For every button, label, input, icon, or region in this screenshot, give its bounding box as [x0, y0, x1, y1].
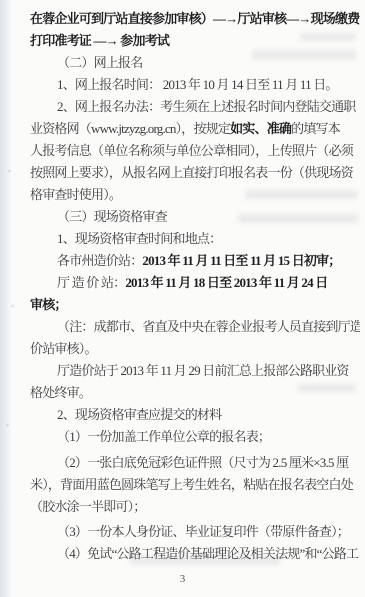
- document-line: 打印准考证 —→ 参加考试: [30, 30, 360, 52]
- text-segment: （三）现场资格审查: [57, 209, 167, 224]
- document-line: （三）现场资格审查: [30, 206, 360, 228]
- scan-speck: [8, 170, 11, 172]
- document-line: 价站审核）。: [30, 338, 360, 360]
- document-line: 厅造价站于 2013 年 11 月 29 日前汇总上报部公路职业资: [30, 360, 360, 382]
- text-segment: 格处终审。: [30, 385, 91, 400]
- document-line: 人报考信息（单位名称须与单位公章相同），上传照片（必须: [30, 140, 360, 162]
- scan-speck: [11, 305, 14, 307]
- bold-text-segment: 在蓉企业可到厅站直接参加审核）—→厅站审核—→现场缴费: [30, 11, 359, 26]
- document-line: （4）免试“公路工程造价基础理论及相关法规”和“公路工: [30, 543, 360, 565]
- text-segment: 米），背面用蓝色圆珠笔写上考生姓名，粘贴在报名表空白处: [30, 477, 353, 492]
- text-segment: 格审查时使用）。: [30, 187, 121, 202]
- text-segment: 各市州造价站：: [57, 253, 142, 268]
- scan-speck: [6, 424, 9, 426]
- document-line: 厅 造 价 站：2013 年 11 月 18 日至 2013 年 11 月 24…: [30, 272, 360, 294]
- document-body: 在蓉企业可到厅站直接参加审核）—→厅站审核—→现场缴费打印准考证 —→ 参加考试…: [30, 8, 360, 565]
- document-line: （3）一份本人身份证、毕业证复印件（带原件备查）；: [30, 521, 360, 543]
- document-line: 2、现场资格审查应提交的材料: [30, 404, 360, 426]
- document-line: 1、网上报名时间： 2013 年 10 月 14 日至 11 月 11 日。: [30, 74, 360, 96]
- text-segment: 业资格网（www.jtzyzg.org.cn），按规定: [30, 121, 230, 136]
- document-line: 1、现场资格审查时间和地点：: [30, 228, 360, 250]
- text-segment: 厅造价站于 2013 年 11 月 29 日前汇总上报部公路职业资: [57, 363, 349, 378]
- text-segment: （胶水涂一半即可）；: [30, 499, 146, 514]
- text-segment: 2、网上报名办法：考生须在上述报名时间内登陆交通职: [57, 99, 356, 114]
- document-line: （胶水涂一半即可）；: [30, 496, 360, 518]
- bold-text-segment: 2013 年 11 月 11 日至 11 月 15 日初审；: [142, 253, 340, 268]
- document-line: 米），背面用蓝色圆珠笔写上考生姓名，粘贴在报名表空白处: [30, 474, 360, 496]
- bold-text-segment: 如实、准确: [230, 121, 291, 136]
- text-segment: 厅 造 价 站：: [57, 275, 125, 290]
- bold-text-segment: 打印准考证 —→ 参加考试: [30, 33, 169, 48]
- document-line: （注：成都市、省直及中央在蓉企业报考人员直接到厅造: [30, 316, 360, 338]
- text-segment: （3）一份本人身份证、毕业证复印件（带原件备查）；: [57, 524, 349, 539]
- text-segment: 的填写本: [291, 121, 340, 136]
- document-line: 审核；: [30, 294, 360, 316]
- text-segment: （注：成都市、省直及中央在蓉企业报考人员直接到厅造: [57, 319, 360, 334]
- document-line: 格处终审。: [30, 382, 360, 404]
- document-line: （1）一份加盖工作单位公章的报名表；: [30, 426, 360, 448]
- text-segment: 人报考信息（单位名称须与单位公章相同），上传照片（必须: [30, 143, 353, 158]
- document-line: 2、网上报名办法：考生须在上述报名时间内登陆交通职: [30, 96, 360, 118]
- document-line: 在蓉企业可到厅站直接参加审核）—→厅站审核—→现场缴费: [30, 8, 360, 30]
- text-segment: 1、网上报名时间： 2013 年 10 月 14 日至 11 月 11 日。: [57, 77, 338, 92]
- text-segment: 1、现场资格审查时间和地点：: [57, 231, 221, 246]
- document-line: 格审查时使用）。: [30, 184, 360, 206]
- document-line: 业资格网（www.jtzyzg.org.cn），按规定如实、准确的填写本: [30, 118, 360, 140]
- document-line: （二）网上报名: [30, 52, 360, 74]
- document-line: 各市州造价站：2013 年 11 月 11 日至 11 月 15 日初审；: [30, 250, 360, 272]
- document-line: 按照网上要求），从报名网上直接打印报名表一份（供现场资: [30, 162, 360, 184]
- bold-text-segment: 2013 年 11 月 18 日至 2013 年 11 月 24 日: [125, 275, 327, 290]
- text-segment: （2）一张白底免冠彩色证件照（尺寸为 2.5 厘米×3.5 厘: [57, 455, 348, 470]
- page-number: 3: [0, 573, 365, 585]
- bold-text-segment: 审核；: [30, 297, 67, 312]
- text-segment: 按照网上要求），从报名网上直接打印报名表一份（供现场资: [30, 165, 353, 180]
- text-segment: 2、现场资格审查应提交的材料: [57, 407, 221, 422]
- text-segment: （二）网上报名: [57, 55, 142, 70]
- document-line: （2）一张白底免冠彩色证件照（尺寸为 2.5 厘米×3.5 厘: [30, 452, 360, 474]
- document-page: 在蓉企业可到厅站直接参加审核）—→厅站审核—→现场缴费打印准考证 —→ 参加考试…: [0, 0, 365, 597]
- text-segment: 价站审核）。: [30, 341, 97, 356]
- scan-edge-shadow: [0, 0, 12, 597]
- text-segment: （4）免试“公路工程造价基础理论及相关法规”和“公路工: [57, 546, 358, 561]
- text-segment: （1）一份加盖工作单位公章的报名表；: [57, 429, 270, 444]
